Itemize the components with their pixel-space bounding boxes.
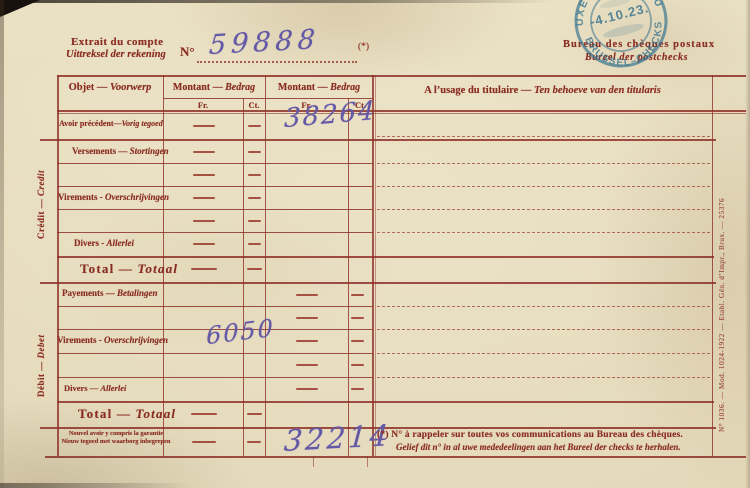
total-row-border xyxy=(57,401,714,403)
ruled-line xyxy=(377,209,710,210)
column-header-objet: Objet — Voorwerp xyxy=(57,82,163,93)
nil-dash xyxy=(296,317,318,319)
ruled-line xyxy=(377,353,710,354)
account-number-ruled-line xyxy=(197,61,357,63)
ruled-line xyxy=(377,136,710,137)
column-header-objet-fr: Objet — xyxy=(69,82,108,93)
row-label-nouvel-avoir: Nouvel avoir y compris la garantie Nieuw… xyxy=(56,430,176,446)
row-label-avoir-precedent: Avoir précédent—Vorig tegoed xyxy=(59,119,163,128)
nil-dash xyxy=(351,294,364,296)
ruled-line xyxy=(377,186,710,187)
column-header-objet-nl: Voorwerp xyxy=(110,82,151,93)
printer-imprint: N° 1036. — Mod. 1024-1922 — Etabl. Gén. … xyxy=(717,92,731,432)
ruled-line xyxy=(377,329,710,330)
nil-dash xyxy=(191,268,217,270)
nil-dash xyxy=(248,243,261,245)
table-bottom-border xyxy=(45,456,746,458)
form-title-french: Extrait du compte xyxy=(71,36,163,48)
nil-dash xyxy=(351,388,364,390)
column-header-usage-nl: Ten behoeve van den titularis xyxy=(534,85,661,96)
nil-dash xyxy=(296,294,318,296)
ruled-line xyxy=(377,377,710,378)
nil-dash xyxy=(248,125,261,127)
scanned-postal-form: Extrait du compte Uittreksel der rekenin… xyxy=(0,0,750,488)
scan-edge-top xyxy=(24,0,554,3)
account-number-label: N° xyxy=(180,44,195,60)
grid-line xyxy=(57,306,373,307)
row-label-divers-debit: Divers — Allerlei xyxy=(64,383,126,393)
footnote-french: (*) N° à rappeler sur toutes vos communi… xyxy=(377,430,683,440)
scan-edge-right xyxy=(745,0,750,488)
nil-dash xyxy=(248,151,261,153)
grid-line xyxy=(57,186,373,187)
handwritten-nouvel-avoir: 32214 xyxy=(283,418,393,458)
scan-edge-left xyxy=(0,0,4,488)
column-header-montant-fr: Montant — xyxy=(173,82,223,93)
footnote-marker: (*) xyxy=(358,42,369,52)
nil-dash xyxy=(351,340,364,342)
nil-dash xyxy=(193,220,215,222)
form-title-dutch: Uittreksel der rekening xyxy=(66,49,166,60)
grid-line xyxy=(57,353,373,354)
nil-dash xyxy=(296,388,318,390)
ruled-line xyxy=(377,306,710,307)
column-header-montant-fr: Montant — xyxy=(278,82,328,93)
grid-line xyxy=(57,163,373,164)
nil-dash xyxy=(247,413,262,415)
subheader-francs: Fr. xyxy=(163,100,243,110)
table-top-border xyxy=(57,75,746,77)
column-header-montant-nl: Bedrag xyxy=(225,82,255,93)
row-label-virements-credit: Virements - Overschrijvingen xyxy=(58,192,169,202)
column-header-montant-2: Montant — Bedrag xyxy=(265,82,373,93)
nil-dash xyxy=(193,151,215,153)
nil-dash xyxy=(193,197,215,199)
account-number-handwritten: 59888 xyxy=(208,24,321,61)
scan-edge-bottom xyxy=(0,483,190,488)
footnote-dutch: Gelief dit n° in al uwe mededeelingen aa… xyxy=(396,442,681,452)
header-bottom-border xyxy=(57,113,746,114)
nil-dash xyxy=(248,220,261,222)
nil-dash xyxy=(351,364,364,366)
row-label-divers-credit: Divers - Allerlei xyxy=(74,238,134,248)
table-left-border xyxy=(57,75,59,456)
row-label-versements: Versements — Stortingen xyxy=(72,146,169,156)
nil-dash xyxy=(296,340,318,342)
column-header-montant-1: Montant — Bedrag xyxy=(163,82,265,93)
header-bottom-border xyxy=(57,110,746,112)
row-label-total-credit: Total — Totaal xyxy=(80,261,178,277)
grid-line xyxy=(57,209,373,210)
section-border xyxy=(40,139,716,141)
nil-dash xyxy=(248,197,261,199)
ruled-line xyxy=(377,163,710,164)
grid-line xyxy=(313,456,314,467)
column-header-usage-fr: A l’usage du titulaire — xyxy=(424,85,531,96)
nil-dash xyxy=(193,243,215,245)
nil-dash xyxy=(192,441,216,443)
column-header-usage: A l’usage du titulaire — Ten behoeve van… xyxy=(373,85,712,96)
subheader-centimes: Ct. xyxy=(243,100,265,110)
grid-line xyxy=(57,232,373,233)
table-right-border xyxy=(712,75,713,456)
section-label-debit: Débit — Debet xyxy=(36,297,50,397)
ruled-line xyxy=(377,232,710,233)
nil-dash xyxy=(193,125,215,127)
section-border xyxy=(40,282,716,284)
column-border xyxy=(375,75,376,456)
column-border xyxy=(265,75,266,456)
nil-dash xyxy=(248,174,261,176)
nil-dash xyxy=(247,441,261,443)
row-label-total-debit: Total — Totaal xyxy=(78,406,176,422)
nil-dash xyxy=(296,364,318,366)
grid-line xyxy=(57,377,373,378)
column-border xyxy=(243,98,244,456)
nil-dash xyxy=(247,268,262,270)
section-label-credit: Crédit — Credit xyxy=(36,147,50,239)
column-border xyxy=(348,98,349,456)
row-label-virements-debit: Virements - Overschrijvingen xyxy=(57,335,168,345)
nil-dash xyxy=(191,413,217,415)
total-row-border xyxy=(57,256,714,258)
grid-line xyxy=(367,456,368,467)
postmark-stamp: BRUXELLES–CHÈQUES BRUSSEL–CHECKS -4.10.2… xyxy=(543,0,698,99)
nil-dash xyxy=(351,317,364,319)
column-header-montant-nl: Bedrag xyxy=(330,82,360,93)
row-label-payements: Payements — Betalingen xyxy=(62,288,158,298)
column-border xyxy=(372,75,374,456)
nil-dash xyxy=(193,174,215,176)
